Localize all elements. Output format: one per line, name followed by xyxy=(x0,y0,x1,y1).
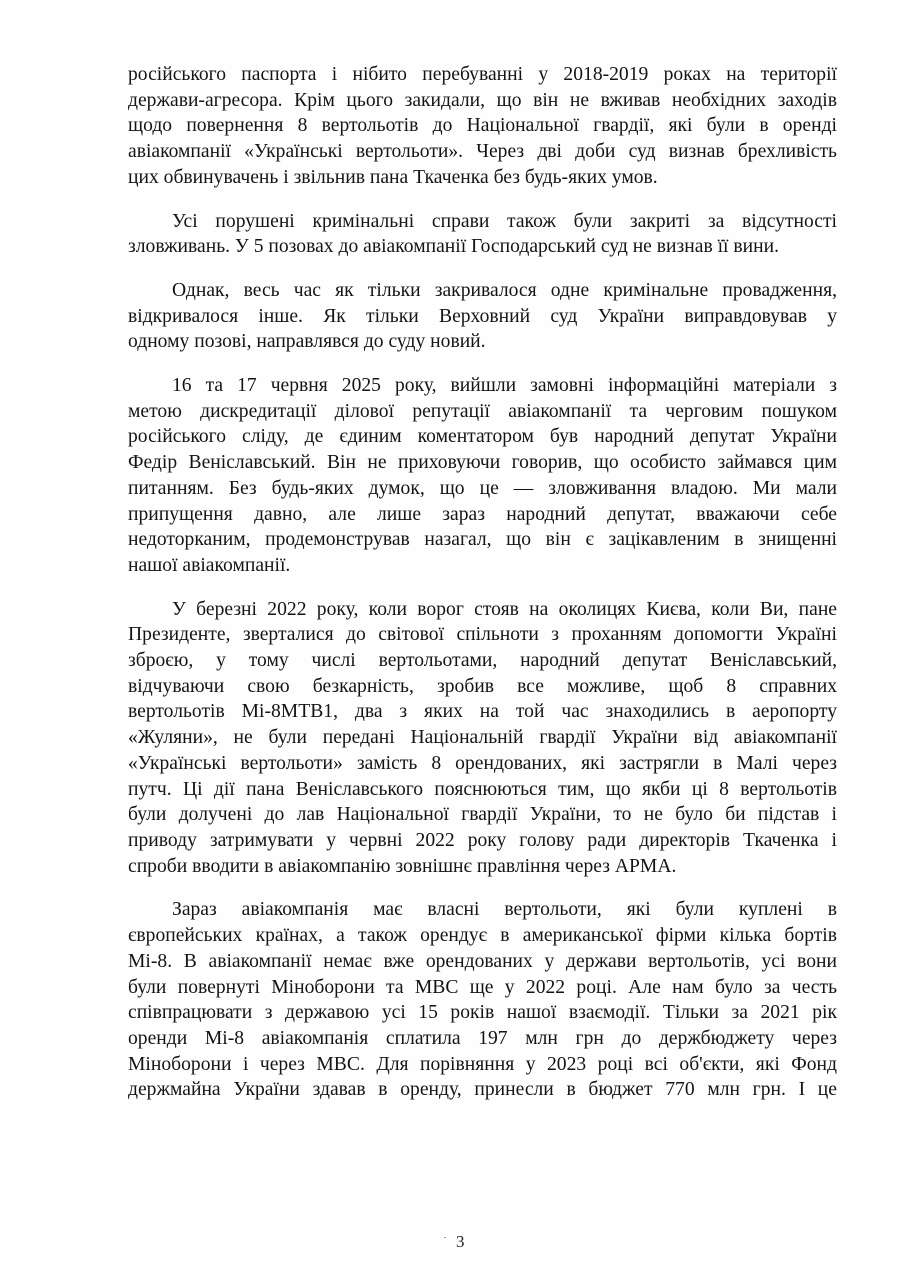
text-line: оренди Мі-8 авіакомпанія сплатила 197 мл… xyxy=(128,1026,837,1052)
page-number: 3 xyxy=(456,1232,465,1252)
paragraph: 16 та 17 червня 2025 року, вийшли замовн… xyxy=(128,373,837,579)
text-line: Однак, весь час як тільки закривалося од… xyxy=(128,278,837,304)
paragraph: Усі порушені кримінальні справи також бу… xyxy=(128,209,837,260)
text-line: російського паспорта і нібито перебуванн… xyxy=(128,62,837,88)
text-line: вертольотів Мі-8МТВ1, два з яких на той … xyxy=(128,699,837,725)
text-line: питанням. Без будь-яких думок, що це — з… xyxy=(128,476,837,502)
text-line: «Українські вертольоти» замість 8 орендо… xyxy=(128,751,837,777)
text-line: зброєю, у тому числі вертольотами, народ… xyxy=(128,648,837,674)
text-line: недоторканим, продемонстрував назагал, щ… xyxy=(128,527,837,553)
text-line: 16 та 17 червня 2025 року, вийшли замовн… xyxy=(128,373,837,399)
body-text: російського паспорта і нібито перебуванн… xyxy=(128,62,837,1121)
text-line: були долучені до лав Національної гварді… xyxy=(128,802,837,828)
text-line: Зараз авіакомпанія має власні вертольоти… xyxy=(128,897,837,923)
text-line: щодо повернення 8 вертольотів до Націона… xyxy=(128,113,837,139)
text-line: припущення давно, але лише зараз народни… xyxy=(128,502,837,528)
text-line: спроби вводити в авіакомпанію зовнішнє п… xyxy=(128,854,837,880)
text-line: авіакомпанії «Українські вертольоти». Че… xyxy=(128,139,837,165)
text-line: держави-агресора. Крім цього закидали, щ… xyxy=(128,88,837,114)
text-line: «Жуляни», не були передані Національній … xyxy=(128,725,837,751)
text-line: У березні 2022 року, коли ворог стояв на… xyxy=(128,597,837,623)
text-line: путч. Ці дії пана Веніславського пояснюю… xyxy=(128,777,837,803)
paragraph: Однак, весь час як тільки закривалося од… xyxy=(128,278,837,355)
paragraph: російського паспорта і нібито перебуванн… xyxy=(128,62,837,191)
text-line: одному позові, направлявся до суду новий… xyxy=(128,329,837,355)
text-line: цих обвинувачень і звільнив пана Ткаченк… xyxy=(128,165,837,191)
text-line: співпрацювати з державою усі 15 років на… xyxy=(128,1000,837,1026)
text-line: відкривалося інше. Як тільки Верховний с… xyxy=(128,304,837,330)
paragraph: У березні 2022 року, коли ворог стояв на… xyxy=(128,597,837,880)
text-line: Міноборони і через МВС. Для порівняння у… xyxy=(128,1052,837,1078)
text-line: російського сліду, де єдиним коментаторо… xyxy=(128,424,837,450)
text-line: нашої авіакомпанії. xyxy=(128,553,837,579)
scan-speck xyxy=(444,1237,446,1238)
paragraph: Зараз авіакомпанія має власні вертольоти… xyxy=(128,897,837,1103)
text-line: Президенте, зверталися до світової спіль… xyxy=(128,622,837,648)
text-line: Федір Веніславський. Він не приховуючи г… xyxy=(128,450,837,476)
document-page: російського паспорта і нібито перебуванн… xyxy=(0,0,907,1283)
text-line: приводу затримувати у червні 2022 року г… xyxy=(128,828,837,854)
text-line: зловживань. У 5 позовах до авіакомпанії … xyxy=(128,234,837,260)
text-line: були повернуті Міноборони та МВС ще у 20… xyxy=(128,975,837,1001)
text-line: відчуваючи свою безкарність, зробив все … xyxy=(128,674,837,700)
text-line: Усі порушені кримінальні справи також бу… xyxy=(128,209,837,235)
text-line: держмайна України здавав в оренду, прине… xyxy=(128,1077,837,1103)
text-line: європейських країнах, а також орендує в … xyxy=(128,923,837,949)
text-line: метою дискредитації ділової репутації ав… xyxy=(128,399,837,425)
text-line: Мі-8. В авіакомпанії немає вже орендован… xyxy=(128,949,837,975)
